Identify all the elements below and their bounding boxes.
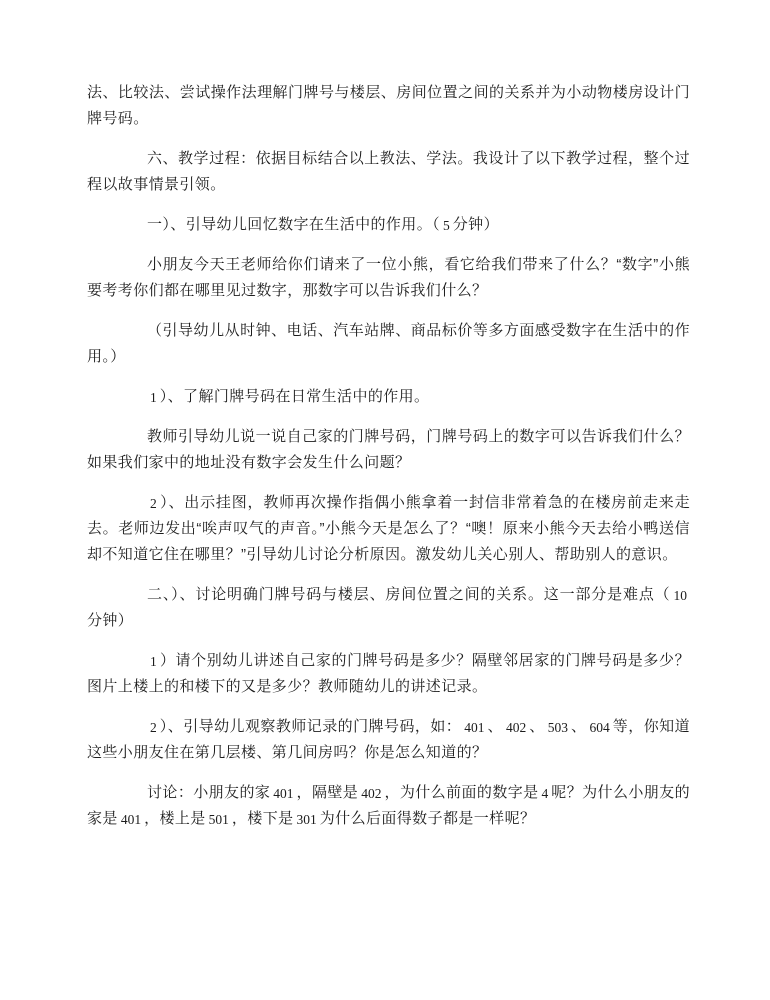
paragraph: 二、）、讨论明确门牌号码与楼层、房间位置之间的关系。这一部分是难点（10分钟） <box>87 582 690 634</box>
paragraph: 小朋友今天王老师给你们请来了一位小熊，看它给我们带来了什么？“数字”小熊要考考你… <box>87 252 690 304</box>
document-body: 法、比较法、尝试操作法理解门牌号与楼层、房间位置之间的关系并为小动物楼房设计门牌… <box>87 80 690 832</box>
paragraph: （引导幼儿从时钟、电话、汽车站牌、商品标价等多方面感受数字在生活中的作用。） <box>87 318 690 370</box>
paragraph: 1）、了解门牌号码在日常生活中的作用。 <box>87 384 690 410</box>
paragraph: 教师引导幼儿说一说自己家的门牌号码，门牌号码上的数字可以告诉我们什么？如果我们家… <box>87 424 690 476</box>
document-page: 法、比较法、尝试操作法理解门牌号与楼层、房间位置之间的关系并为小动物楼房设计门牌… <box>0 0 770 1000</box>
paragraph: 2）、引导幼儿观察教师记录的门牌号码，如：401、402、503、604等，你知… <box>87 714 690 766</box>
paragraph: 讨论：小朋友的家401，隔壁是402，为什么前面的数字是4呢？为什么小朋友的家是… <box>87 780 690 832</box>
paragraph: 六、教学过程：依据目标结合以上教法、学法。我设计了以下教学过程，整个过程以故事情… <box>87 146 690 198</box>
paragraph: 1）请个别幼儿讲述自己家的门牌号码是多少？隔壁邻居家的门牌号码是多少？图片上楼上… <box>87 648 690 700</box>
paragraph: 法、比较法、尝试操作法理解门牌号与楼层、房间位置之间的关系并为小动物楼房设计门牌… <box>87 80 690 132</box>
paragraph: 2）、出示挂图，教师再次操作指偶小熊拿着一封信非常着急的在楼房前走来走去。老师边… <box>87 490 690 568</box>
paragraph: 一）、引导幼儿回忆数字在生活中的作用。（5分钟） <box>87 212 690 238</box>
